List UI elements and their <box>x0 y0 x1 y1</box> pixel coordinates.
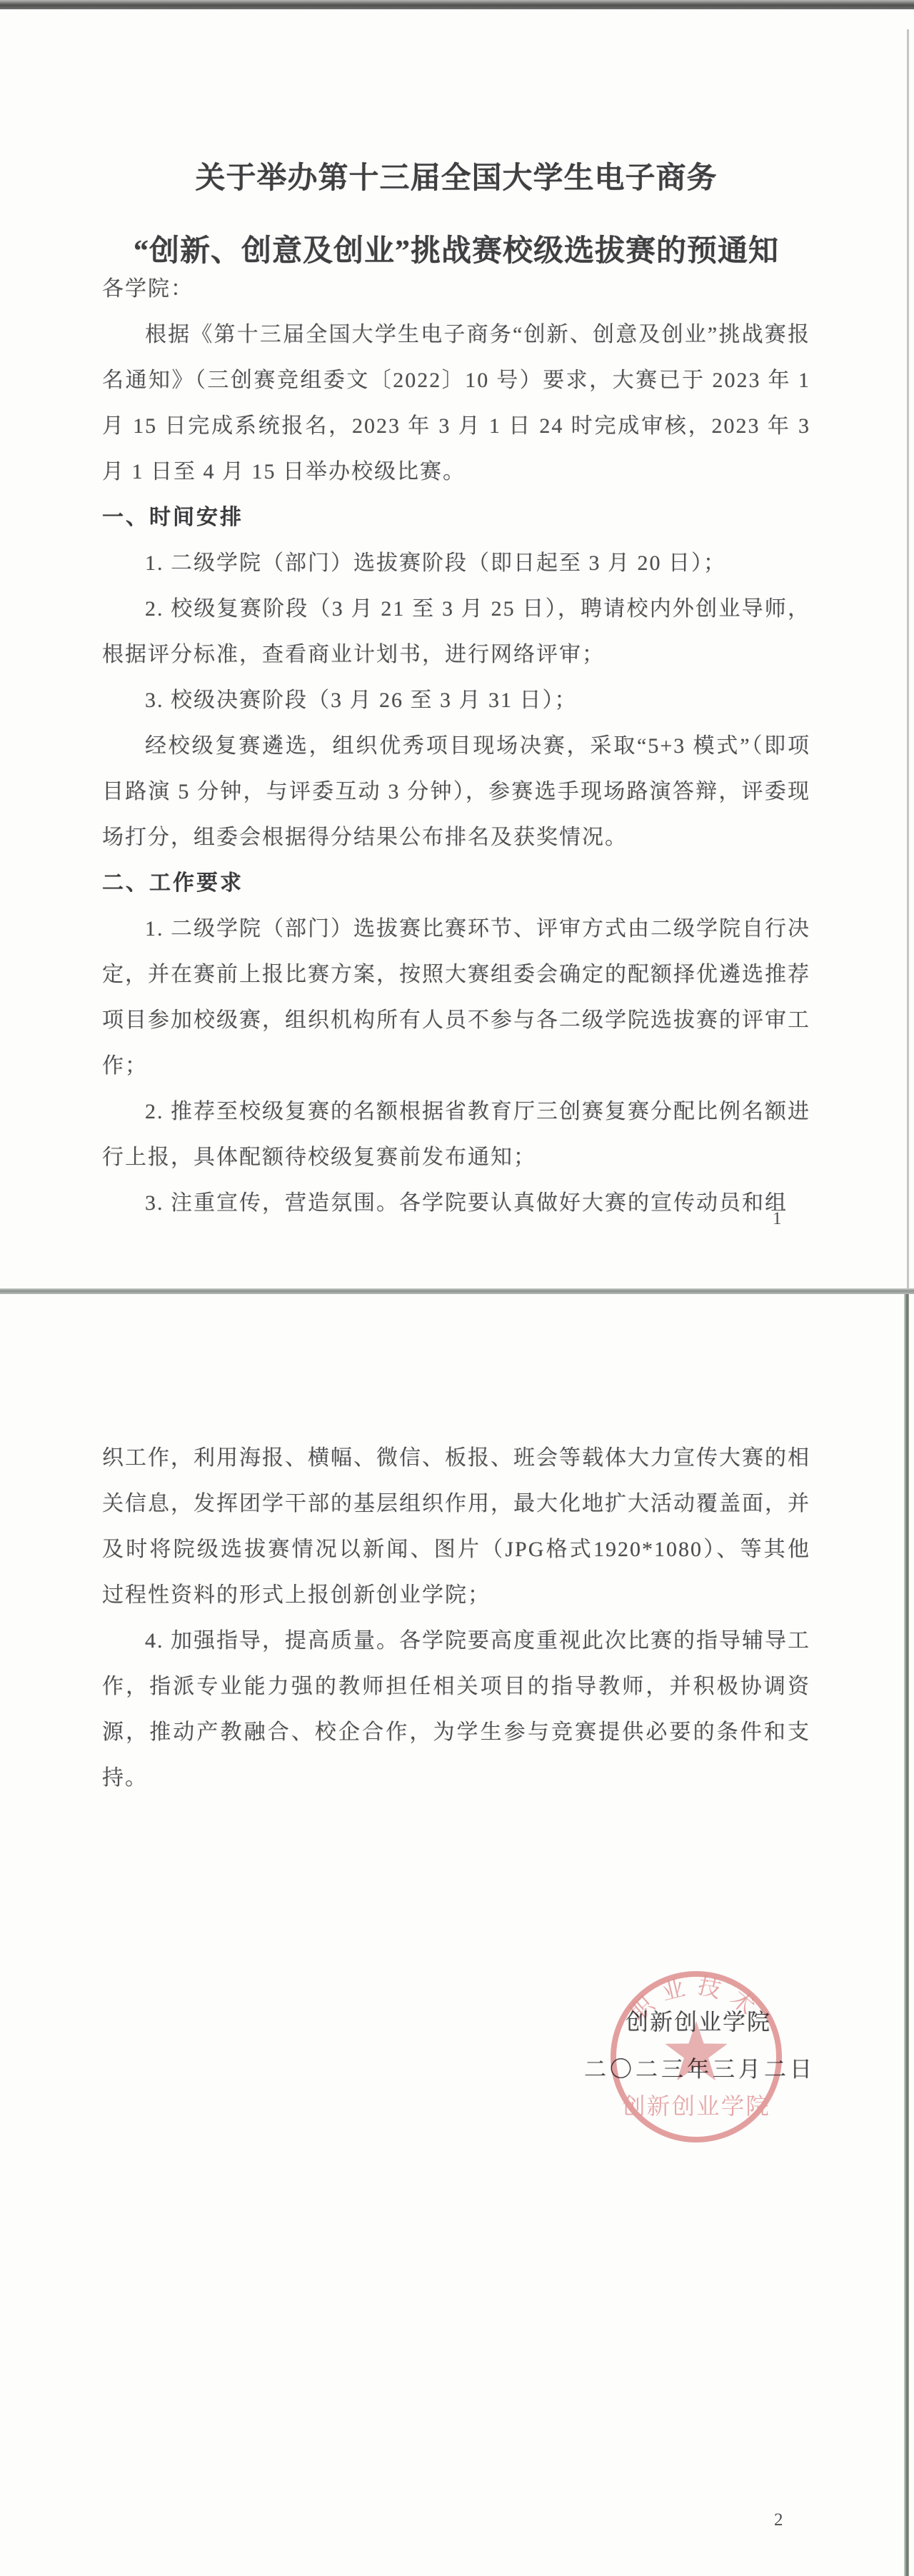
page-2-body: 织工作，利用海报、横幅、微信、板报、班会等载体大力宣传大赛的相关信息，发挥团学干… <box>102 1435 810 1801</box>
section-1-heading: 一、时间安排 <box>102 495 810 541</box>
page-1-right-edge <box>907 29 909 1298</box>
requirement-item-3: 3. 注重宣传，营造氛围。各学院要认真做好大赛的宣传动员和组 <box>102 1181 810 1226</box>
finals-description-paragraph: 经校级复赛遴选，组织优秀项目现场决赛，采取“5+3 模式”（即项目路演 5 分钟… <box>102 723 810 861</box>
intro-paragraph: 根据《第十三届全国大学生电子商务“创新、创意及创业”挑战赛报名通知》（三创赛竞组… <box>102 312 810 495</box>
publicity-paragraph-continued: 织工作，利用海报、横幅、微信、板报、班会等载体大力宣传大赛的相关信息，发挥团学干… <box>102 1435 810 1618</box>
stamp-bottom-text: 创新创业学院 <box>622 2093 770 2119</box>
title-line-1: 关于举办第十三届全国大学生电子商务 <box>102 142 810 215</box>
page-2-number: 2 <box>774 2510 783 2530</box>
page-1: 关于举办第十三届全国大学生电子商务 “创新、创意及创业”挑战赛校级选拔赛的预通知… <box>0 9 914 1288</box>
section-2-heading: 二、工作要求 <box>102 861 810 906</box>
requirement-item-1: 1. 二级学院（部门）选拔赛比赛环节、评审方式由二级学院自行决定，并在赛前上报比… <box>102 906 810 1089</box>
page-1-number: 1 <box>773 1209 782 1229</box>
requirement-item-4: 4. 加强指导，提高质量。各学院要高度重视此次比赛的指导辅导工作，指派专业能力强… <box>102 1618 810 1801</box>
schedule-item-2: 2. 校级复赛阶段（3 月 21 至 3 月 25 日），聘请校内外创业导师，根… <box>102 586 810 678</box>
schedule-item-1: 1. 二级学院（部门）选拔赛阶段（即日起至 3 月 20 日）； <box>102 541 810 586</box>
requirement-item-2: 2. 推荐至校级复赛的名额根据省教育厅三创赛复赛分配比例名额进行上报，具体配额待… <box>102 1089 810 1181</box>
page-1-body: 各学院： 根据《第十三届全国大学生电子商务“创新、创意及创业”挑战赛报名通知》（… <box>102 266 810 1226</box>
official-stamp: 职业技术 创新创业学院 <box>603 1963 789 2148</box>
scan-top-edge <box>0 0 914 9</box>
schedule-item-3: 3. 校级决赛阶段（3 月 26 至 3 月 31 日）； <box>102 678 810 723</box>
stamp-star <box>665 2021 727 2080</box>
svg-text:职业技术: 职业技术 <box>625 1973 767 2026</box>
page-2-right-edge <box>904 1294 909 2576</box>
salutation: 各学院： <box>102 266 810 312</box>
page-separator <box>0 1288 914 1294</box>
stamp-arc-text: 职业技术 <box>625 1973 767 2026</box>
